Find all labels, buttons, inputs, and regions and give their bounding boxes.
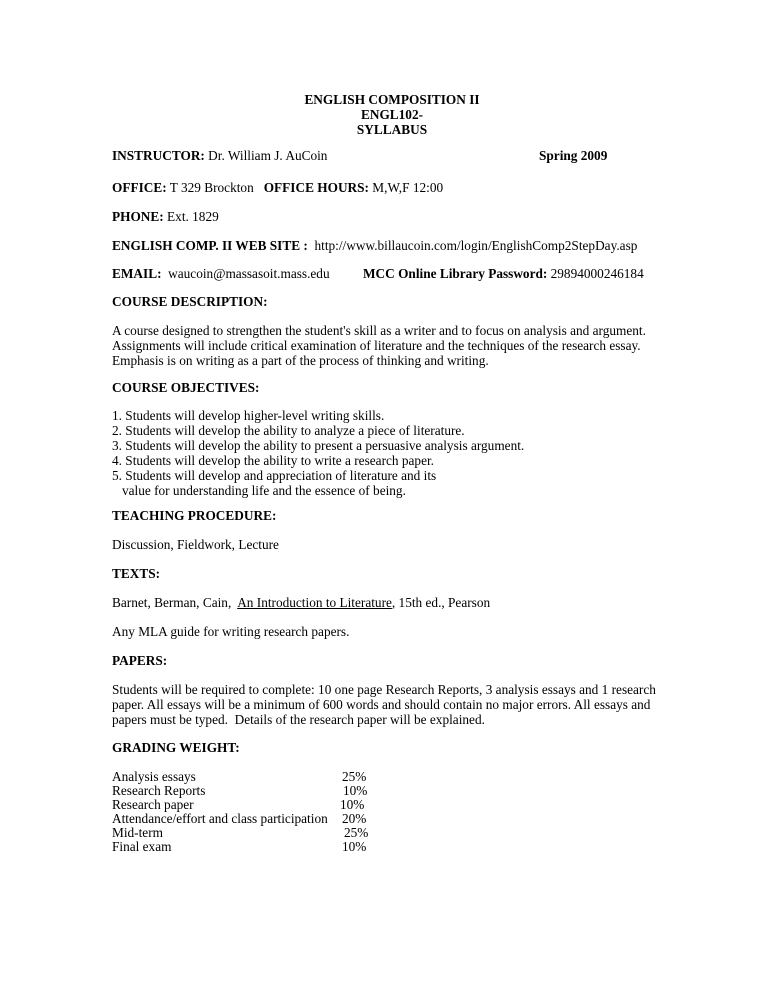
papers-text: Students will be required to complete: 1… (112, 682, 692, 727)
document-title: ENGLISH COMPOSITION II (112, 92, 672, 107)
document-subtitle: SYLLABUS (112, 122, 672, 137)
grading-item: Analysis essays (112, 769, 196, 784)
grading-item: Research paper (112, 797, 194, 812)
objective-item: 1. Students will develop higher-level wr… (112, 408, 692, 423)
course-objectives-list: 1. Students will develop higher-level wr… (112, 408, 692, 498)
grading-weight: 10% (340, 797, 364, 812)
term: Spring 2009 (539, 148, 607, 163)
instructor-value: Dr. William J. AuCoin (205, 148, 328, 163)
instructor-line: INSTRUCTOR: Dr. William J. AuCoin (112, 148, 327, 163)
papers-line: Students will be required to complete: 1… (112, 682, 692, 697)
phone-value: Ext. 1829 (164, 209, 219, 224)
grading-weight: 25% (342, 769, 366, 784)
textbook-authors: Barnet, Berman, Cain, (112, 595, 237, 610)
textbook-citation: Barnet, Berman, Cain, An Introduction to… (112, 595, 490, 610)
grading-weight: 20% (342, 811, 366, 826)
description-line: Assignments will include critical examin… (112, 338, 692, 353)
papers-line: paper. All essays will be a minimum of 6… (112, 697, 692, 712)
grading-item: Attendance/effort and class participatio… (112, 811, 328, 826)
course-description-heading: COURSE DESCRIPTION: (112, 294, 268, 309)
website-label: ENGLISH COMP. II WEB SITE : (112, 238, 308, 253)
grading-weight: 10% (343, 783, 367, 798)
grading-item: Research Reports (112, 783, 205, 798)
library-password-label: MCC Online Library Password: (363, 266, 547, 281)
grading-weight-table: Analysis essays 25% Research Reports 10%… (112, 769, 412, 859)
teaching-procedure-text: Discussion, Fieldwork, Lecture (112, 537, 279, 552)
office-label: OFFICE: (112, 180, 167, 195)
email-line: EMAIL: waucoin@massasoit.mass.edu (112, 266, 330, 281)
papers-heading: PAPERS: (112, 653, 167, 668)
office-value: T 329 Brockton (167, 180, 254, 195)
textbook-title: An Introduction to Literature (237, 595, 392, 610)
texts-heading: TEXTS: (112, 566, 160, 581)
office-line: OFFICE: T 329 Brockton OFFICE HOURS: M,W… (112, 180, 443, 195)
description-line: Emphasis is on writing as a part of the … (112, 353, 692, 368)
instructor-label: INSTRUCTOR: (112, 148, 205, 163)
objective-item: 2. Students will develop the ability to … (112, 423, 692, 438)
textbook-edition: , 15th ed., Pearson (392, 595, 490, 610)
mla-guide-text: Any MLA guide for writing research paper… (112, 624, 349, 639)
library-password-value: 29894000246184 (547, 266, 643, 281)
objective-item: 4. Students will develop the ability to … (112, 453, 692, 468)
teaching-procedure-heading: TEACHING PROCEDURE: (112, 508, 276, 523)
description-line: A course designed to strengthen the stud… (112, 323, 692, 338)
grading-item: Mid-term (112, 825, 163, 840)
grading-weight-heading: GRADING WEIGHT: (112, 740, 240, 755)
course-objectives-heading: COURSE OBJECTIVES: (112, 380, 259, 395)
office-hours-value: M,W,F 12:00 (369, 180, 443, 195)
website-link[interactable]: http://www.billaucoin.com/login/EnglishC… (314, 238, 637, 253)
library-password-line: MCC Online Library Password: 29894000246… (363, 266, 644, 281)
objective-item: 5. Students will develop and appreciatio… (112, 468, 692, 483)
phone-label: PHONE: (112, 209, 164, 224)
grading-weight: 10% (342, 839, 366, 854)
objective-item: 3. Students will develop the ability to … (112, 438, 692, 453)
email-link[interactable]: waucoin@massasoit.mass.edu (168, 266, 329, 281)
course-description-text: A course designed to strengthen the stud… (112, 323, 692, 368)
office-hours-label: OFFICE HOURS: (264, 180, 369, 195)
papers-line: papers must be typed. Details of the res… (112, 712, 692, 727)
website-line: ENGLISH COMP. II WEB SITE : http://www.b… (112, 238, 637, 253)
grading-weight: 25% (344, 825, 368, 840)
phone-line: PHONE: Ext. 1829 (112, 209, 219, 224)
email-label: EMAIL: (112, 266, 162, 281)
course-code: ENGL102- (112, 107, 672, 122)
objective-item: value for understanding life and the ess… (112, 483, 692, 498)
grading-item: Final exam (112, 839, 171, 854)
